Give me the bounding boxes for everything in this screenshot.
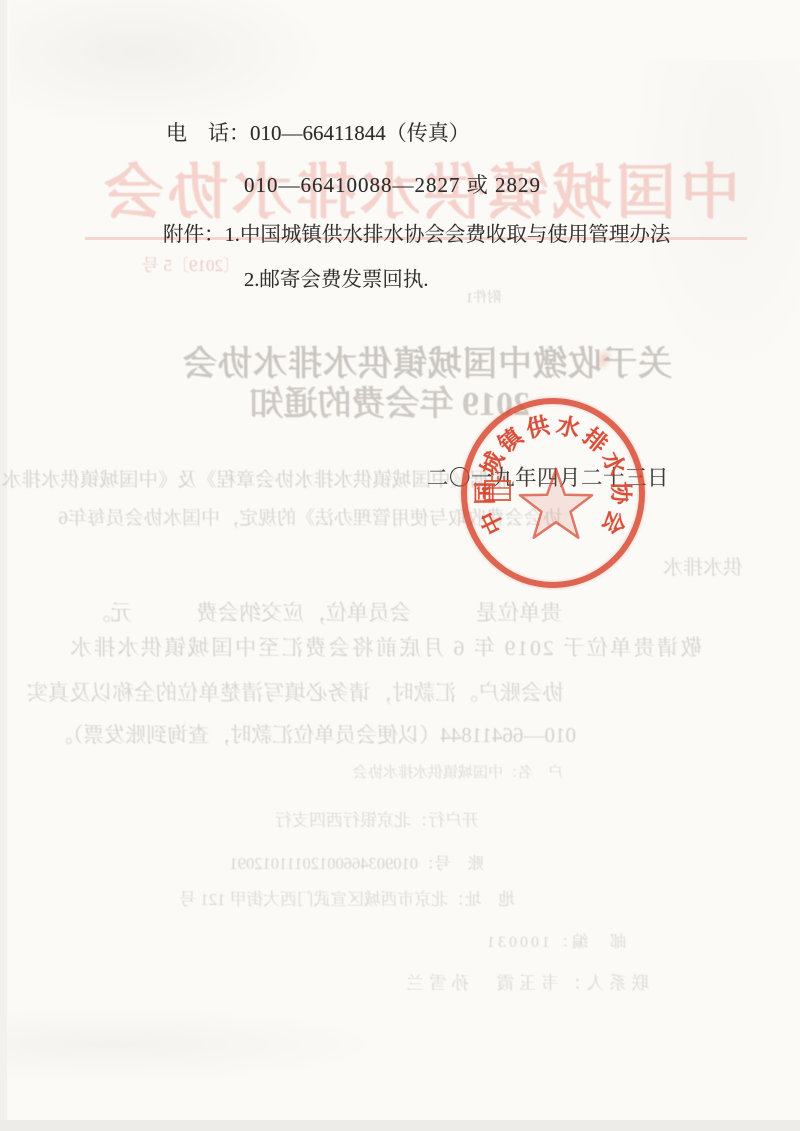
bleed-body-line: 敬请贵单位于 2019 年 6 月底前将会费汇至中国城镇供水排水 [62,631,702,662]
attachment-line1: 附件：1.中国城镇供水排水协会会费收取与使用管理办法 [163,217,670,247]
seal-char: 协 [608,481,632,505]
bleed-body-line: 010—66411844（以便会员单位汇款时，查询到账发票）。 [58,719,576,749]
bleed-doc-number: 〔2019〕5 号 [118,251,240,276]
attachment-line2: 2.邮寄会费发票回执. [244,262,429,292]
phone-line2: 010—66410088—2827 或 2829 [244,169,541,199]
bleed-address: 地 址：北京市西城区宣武门西大街甲 121 号 [177,886,515,910]
scan-blotch [0,1010,370,1080]
seal-char: 水 [554,413,583,442]
bleed-body-line: 贵单位是 会员单位，应交纳会费 元。 [88,596,562,627]
star-icon [511,462,601,552]
bleed-bank-account-name: 户 名：中国城镇供水排水协会 [357,761,563,782]
bleed-bank-branch: 开户行：北京银行西四支行 [273,806,479,831]
bleed-postcode: 邮 编：100031 [478,929,626,952]
bleed-attachment-mark: 附件1 [449,287,501,307]
scan-blotch [10,0,330,130]
bleed-contact-persons: 联系人：韦玉霞 孙雪兰 [343,970,649,995]
seal-char: 供 [524,413,553,442]
bleed-body-fragment: 供水排水 [657,551,743,580]
official-red-seal: 中国城镇供水排水协会 [461,398,645,588]
scanned-document-page: 中国城镇供水排水协会 〔2019〕5 号 附件1 关于收缴中国城镇供水排水协会 … [0,0,800,1131]
phone-fax-line: 电 话：010—66411844（传真） [166,117,470,147]
bleed-bank-account-number: 账 号：01090346600120111012091 [240,850,484,874]
bleed-body-line: 协会账户。汇款时，请务必填写清楚单位的全称以及真实 [58,676,564,707]
scan-edge [0,0,7,1131]
seal-registration-mark-icon [483,475,513,503]
scan-edge [0,1120,800,1131]
